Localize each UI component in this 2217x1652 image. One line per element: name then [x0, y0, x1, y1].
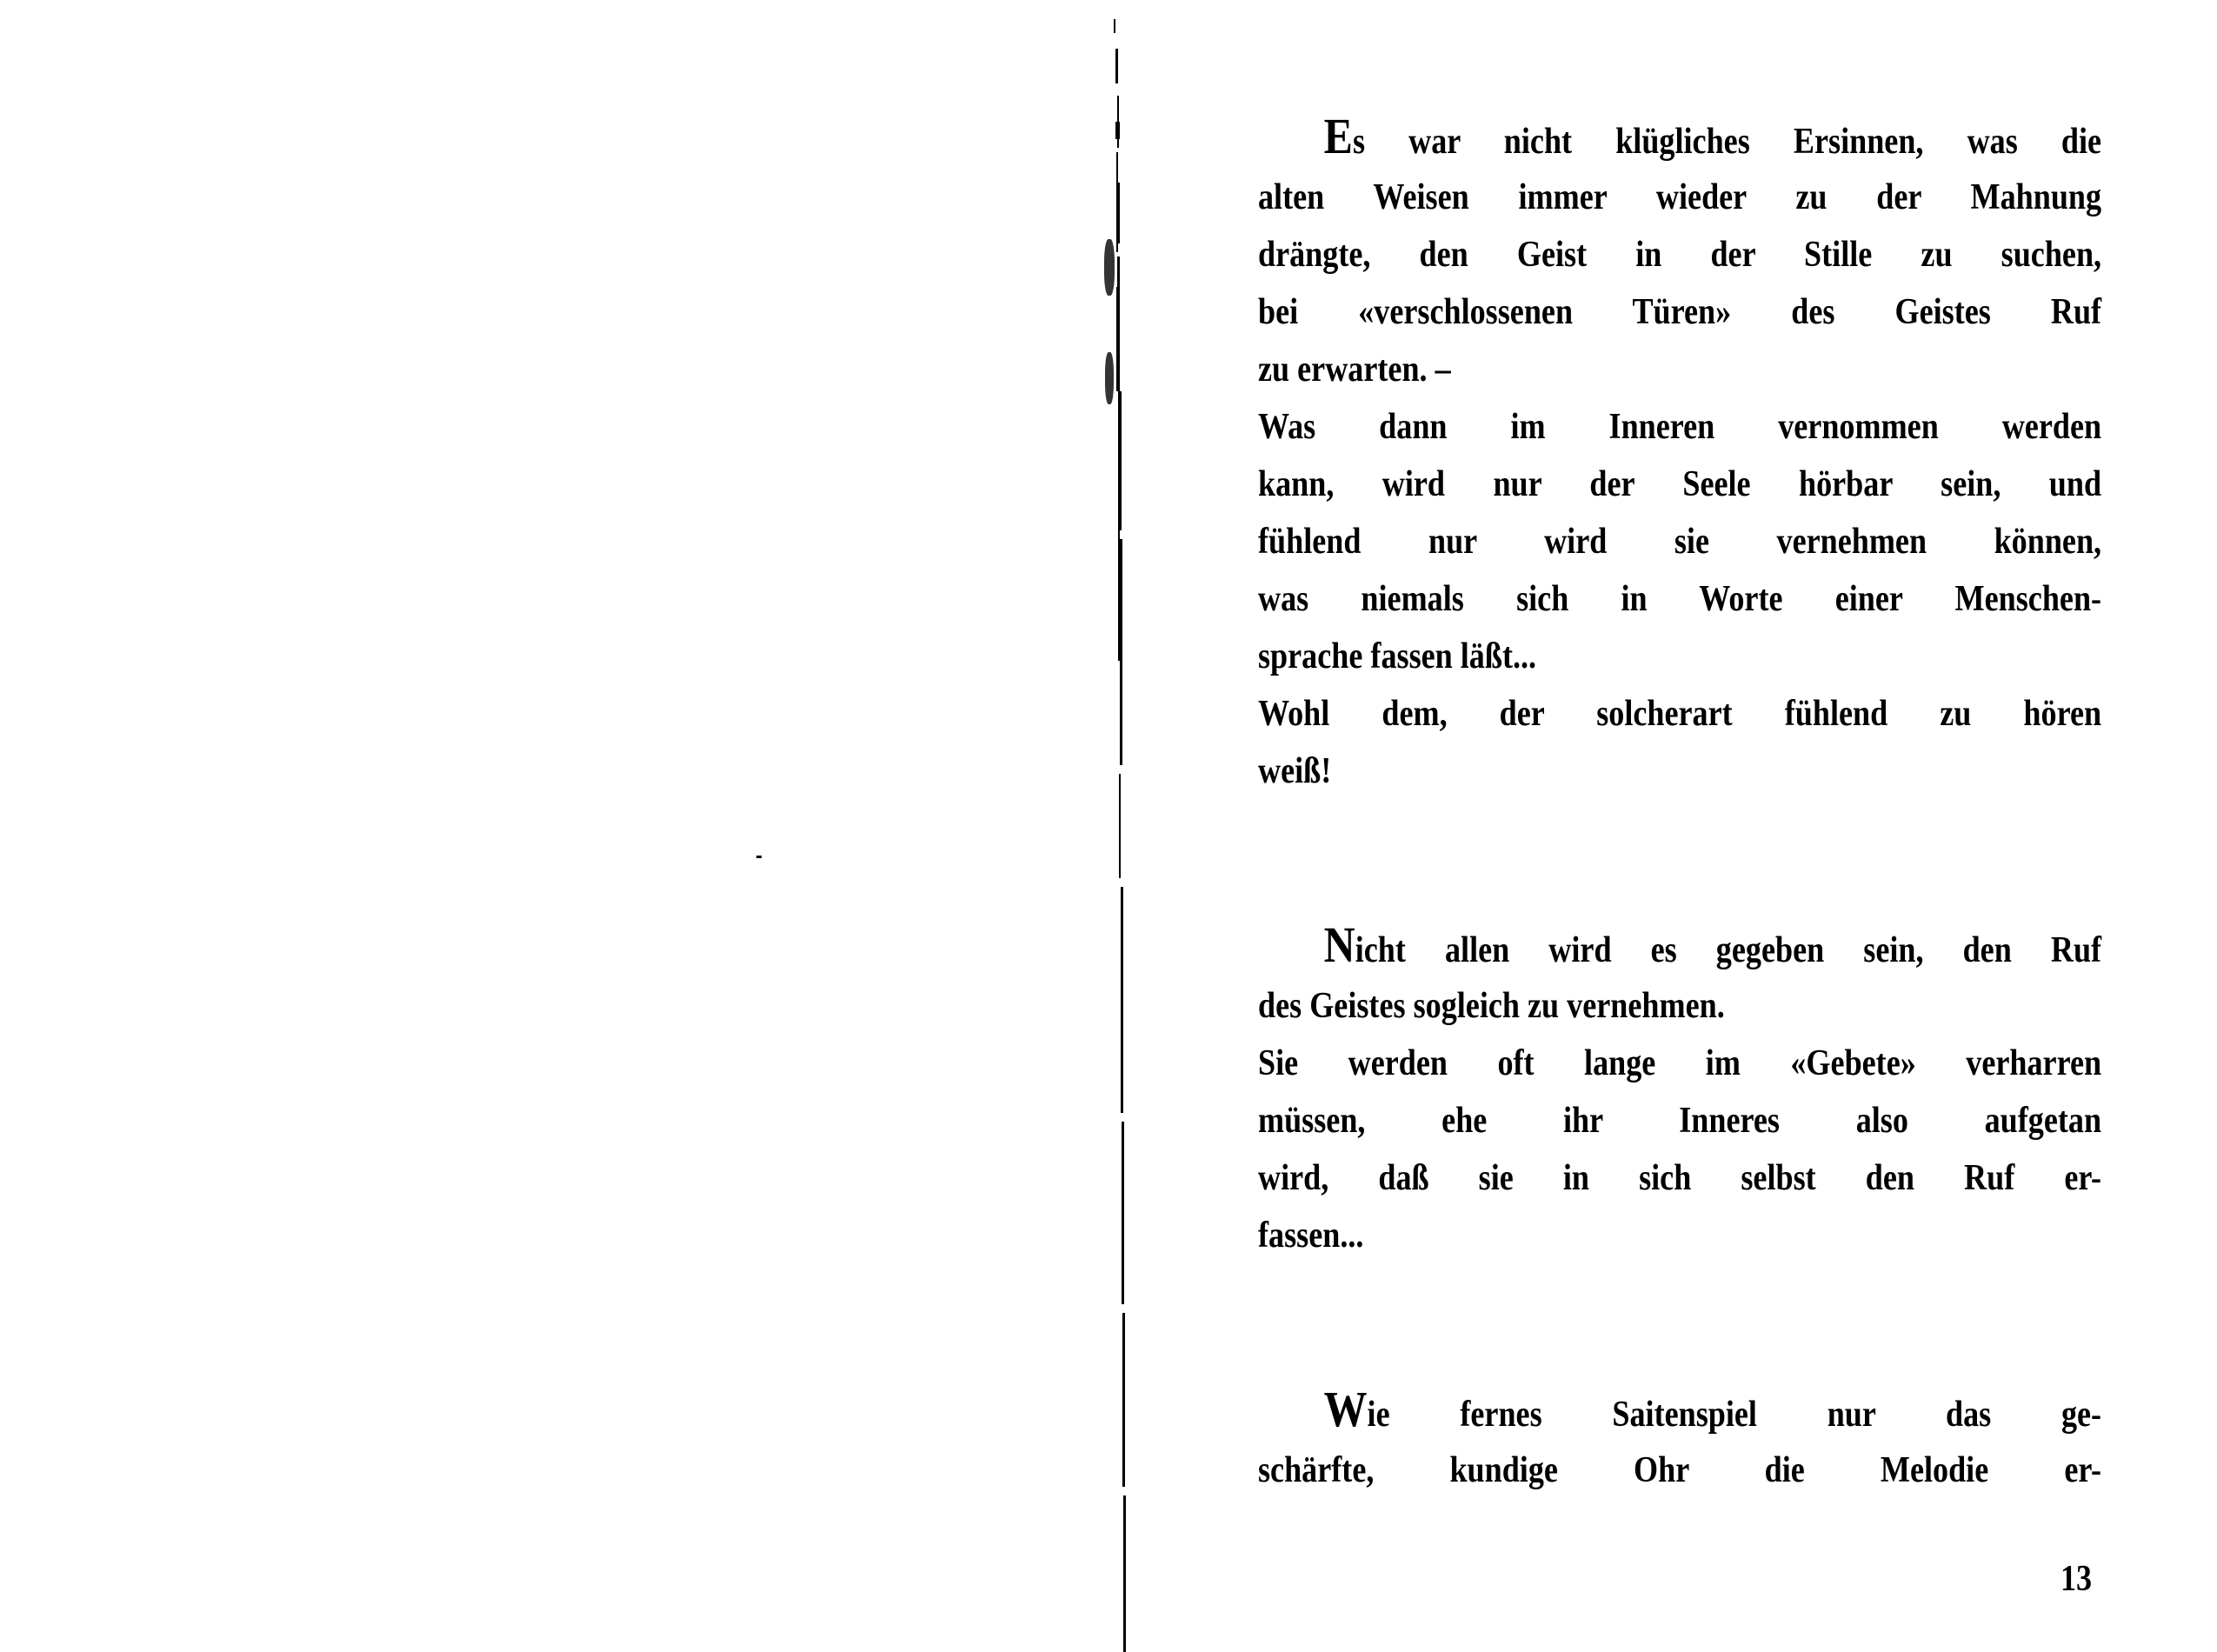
- paragraph-1: Es war nicht klügliches Ersinnen, was di…: [1258, 111, 2101, 800]
- text-line: was niemals sich in Worte einer Menschen…: [1258, 570, 2101, 628]
- paragraph-3: Wie fernes Saitenspiel nur das ge- schär…: [1258, 1384, 2101, 1499]
- gutter-shadow-blot: [1105, 352, 1114, 404]
- book-spread: Es war nicht klügliches Ersinnen, was di…: [0, 0, 2217, 1652]
- text-line: kann, wird nur der Seele hörbar sein, un…: [1258, 456, 2101, 513]
- gutter-line-segment: [1115, 49, 1118, 83]
- paragraph-2: Nicht allen wird es gegeben sein, den Ru…: [1258, 920, 2101, 1264]
- text-line: des Geistes sogleich zu vernehmen.: [1258, 977, 2101, 1035]
- text-line: zu erwarten. –: [1258, 341, 2101, 398]
- text-line: fassen...: [1258, 1207, 2101, 1264]
- dropcap: E: [1324, 108, 1353, 164]
- text-line: bei «verschlossenen Türen» des Geistes R…: [1258, 283, 2101, 341]
- gutter-shadow-blot: [1104, 239, 1115, 296]
- text-line: Wohl dem, der solcherart fühlend zu höre…: [1258, 685, 2101, 743]
- dropcap: N: [1324, 916, 1355, 973]
- gutter-line-segment: [1115, 122, 1120, 139]
- text-line: müssen, ehe ihr Inneres also aufgetan: [1258, 1092, 2101, 1149]
- scan-speck: [756, 856, 762, 858]
- text-line: schärfte, kundige Ohr die Melodie er-: [1258, 1442, 2101, 1499]
- text-line: sprache fassen läßt...: [1258, 628, 2101, 685]
- text-line: Nicht allen wird es gegeben sein, den Ru…: [1258, 920, 2101, 977]
- gutter-line-segment: [1114, 19, 1115, 33]
- text-line: Es war nicht klügliches Ersinnen, was di…: [1258, 111, 2101, 169]
- text-line: weiß!: [1258, 743, 2101, 800]
- dropcap: W: [1324, 1381, 1368, 1437]
- text-line: drängte, den Geist in der Stille zu such…: [1258, 226, 2101, 283]
- page-number: 13: [2061, 1558, 2092, 1600]
- gutter-line-segment: [1119, 774, 1121, 878]
- text-line: fühlend nur wird sie vernehmen können,: [1258, 513, 2101, 570]
- text-line: Sie werden oft lange im «Gebete» verharr…: [1258, 1035, 2101, 1092]
- left-page-blank: [0, 0, 1117, 1652]
- text-line: wird, daß sie in sich selbst den Ruf er-: [1258, 1149, 2101, 1207]
- text-line: Was dann im Inneren vernommen werden: [1258, 398, 2101, 456]
- text-line: Wie fernes Saitenspiel nur das ge-: [1258, 1384, 2101, 1442]
- text-line: alten Weisen immer wieder zu der Mahnung: [1258, 169, 2101, 226]
- gutter-line-segment: [1116, 183, 1120, 243]
